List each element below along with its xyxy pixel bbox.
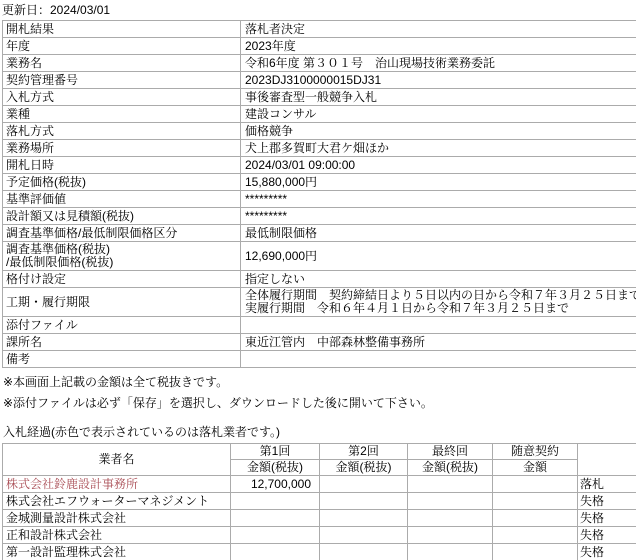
bid-amount-round1 [231,544,320,560]
detail-value: 建設コンサル [241,106,636,123]
final-amount-header: 金額(税抜) [408,460,493,476]
detail-value: 12,690,000円 [241,242,636,271]
company-name: 株式会社鈴鹿設計事務所 [3,476,231,493]
bid-row: 金城測量設計株式会社 失格 [3,510,636,527]
detail-row: 調査基準価格/最低制限価格区分最低制限価格 [3,225,636,242]
detail-value: 落札者決定 [241,21,636,38]
detail-value: 犬上郡多賀町大君ケ畑ほか [241,140,636,157]
bid-row-winner: 株式会社鈴鹿設計事務所 12,700,000 落札 [3,476,636,493]
bid-amount-final [408,510,493,527]
detail-label: 開札日時 [3,157,241,174]
bid-row: 株式会社エフウォーターマネジメント 失格 [3,493,636,510]
bid-amount-negotiated [493,476,578,493]
detail-label: 開札結果 [3,21,241,38]
negotiated-contract-header: 随意契約 [493,444,578,460]
detail-label: 工期・履行期限 [3,288,241,317]
detail-row: 調査基準価格(税抜) /最低制限価格(税抜)12,690,000円 [3,242,636,271]
detail-label: 契約管理番号 [3,72,241,89]
detail-value: 全体履行期間 契約締結日より５日以内の日から令和７年３月２５日まで 実履行期間 … [241,288,636,317]
detail-row: 契約管理番号2023DJ3100000015DJ31 [3,72,636,89]
detail-label: 入札方式 [3,89,241,106]
round2-amount-header: 金額(税抜) [320,460,408,476]
detail-label: 調査基準価格(税抜) /最低制限価格(税抜) [3,242,241,271]
detail-label: 備考 [3,351,241,368]
detail-row: 備考 [3,351,636,368]
bid-amount-final [408,493,493,510]
detail-row: 落札方式価格競争 [3,123,636,140]
bid-result: 失格 [578,544,636,560]
result-detail-table: 開札結果落札者決定 年度2023年度 業務名令和6年度 第３０１号 治山現場技術… [2,20,636,368]
detail-row: 業種建設コンサル [3,106,636,123]
detail-label: 業務名 [3,55,241,72]
detail-label: 基準評価値 [3,191,241,208]
bid-amount-round1 [231,527,320,544]
detail-label: 課所名 [3,334,241,351]
bid-amount-round2 [320,493,408,510]
detail-value: 東近江管内 中部森林整備事務所 [241,334,636,351]
bid-amount-negotiated [493,527,578,544]
detail-value: 2023DJ3100000015DJ31 [241,72,636,89]
detail-row: 開札日時2024/03/01 09:00:00 [3,157,636,174]
detail-label: 落札方式 [3,123,241,140]
result-column-header [578,444,636,476]
bid-amount-final [408,476,493,493]
detail-value: 2024/03/01 09:00:00 [241,157,636,174]
company-name: 正和設計株式会社 [3,527,231,544]
detail-label: 設計額又は見積額(税抜) [3,208,241,225]
detail-row: 設計額又は見積額(税抜)********* [3,208,636,225]
final-round-header: 最終回 [408,444,493,460]
detail-value: 事後審査型一般競争入札 [241,89,636,106]
detail-value [241,351,636,368]
bid-header-row-top: 業者名 第1回 第2回 最終回 随意契約 [3,444,636,460]
detail-value: ********* [241,191,636,208]
round1-header: 第1回 [231,444,320,460]
detail-value: 指定しない [241,271,636,288]
detail-row: 年度2023年度 [3,38,636,55]
round1-amount-header: 金額(税抜) [231,460,320,476]
bid-amount-final [408,527,493,544]
detail-row: 業務名令和6年度 第３０１号 治山現場技術業務委託 [3,55,636,72]
updated-date: 更新日：2024/03/01 [2,3,636,17]
detail-label: 年度 [3,38,241,55]
detail-label: 格付け設定 [3,271,241,288]
bid-amount-final [408,544,493,560]
detail-row: 格付け設定指定しない [3,271,636,288]
detail-value: 価格競争 [241,123,636,140]
bid-row: 第一設計監理株式会社 失格 [3,544,636,560]
detail-value: 2023年度 [241,38,636,55]
detail-row: 添付ファイル [3,317,636,334]
detail-label: 添付ファイル [3,317,241,334]
bid-row: 正和設計株式会社 失格 [3,527,636,544]
bid-amount-round2 [320,527,408,544]
detail-value: 15,880,000円 [241,174,636,191]
bid-history-title: 入札経過(赤色で表示されているのは落札業者です。) [3,425,636,439]
bid-result: 失格 [578,527,636,544]
bid-result: 失格 [578,493,636,510]
bid-amount-round1: 12,700,000 [231,476,320,493]
company-name: 金城測量設計株式会社 [3,510,231,527]
note-tax-excluded: ※本画面上記載の金額は全て税抜きです。 [3,375,636,389]
detail-value: 令和6年度 第３０１号 治山現場技術業務委託 [241,55,636,72]
detail-label: 予定価格(税抜) [3,174,241,191]
bid-result: 落札 [578,476,636,493]
detail-row: 開札結果落札者決定 [3,21,636,38]
bid-amount-negotiated [493,544,578,560]
detail-row: 予定価格(税抜)15,880,000円 [3,174,636,191]
detail-value: 最低制限価格 [241,225,636,242]
detail-label: 業種 [3,106,241,123]
company-column-header: 業者名 [3,444,231,476]
detail-label: 調査基準価格/最低制限価格区分 [3,225,241,242]
bid-amount-round2 [320,544,408,560]
detail-label: 業務場所 [3,140,241,157]
bid-amount-round2 [320,510,408,527]
negotiated-amount-header: 金額 [493,460,578,476]
detail-value: ********* [241,208,636,225]
bid-history-table: 業者名 第1回 第2回 最終回 随意契約 金額(税抜) 金額(税抜) 金額(税抜… [2,443,636,560]
round2-header: 第2回 [320,444,408,460]
bid-amount-round1 [231,510,320,527]
bid-result: 失格 [578,510,636,527]
detail-row: 基準評価値********* [3,191,636,208]
detail-row: 業務場所犬上郡多賀町大君ケ畑ほか [3,140,636,157]
company-name: 株式会社エフウォーターマネジメント [3,493,231,510]
bid-amount-negotiated [493,493,578,510]
detail-row: 工期・履行期限全体履行期間 契約締結日より５日以内の日から令和７年３月２５日まで… [3,288,636,317]
bid-amount-round1 [231,493,320,510]
detail-value [241,317,636,334]
bid-amount-round2 [320,476,408,493]
detail-row: 課所名東近江管内 中部森林整備事務所 [3,334,636,351]
note-attachment-save: ※添付ファイルは必ず「保存」を選択し、ダウンロードした後に開いて下さい。 [3,396,636,410]
detail-row: 入札方式事後審査型一般競争入札 [3,89,636,106]
bid-amount-negotiated [493,510,578,527]
company-name: 第一設計監理株式会社 [3,544,231,560]
